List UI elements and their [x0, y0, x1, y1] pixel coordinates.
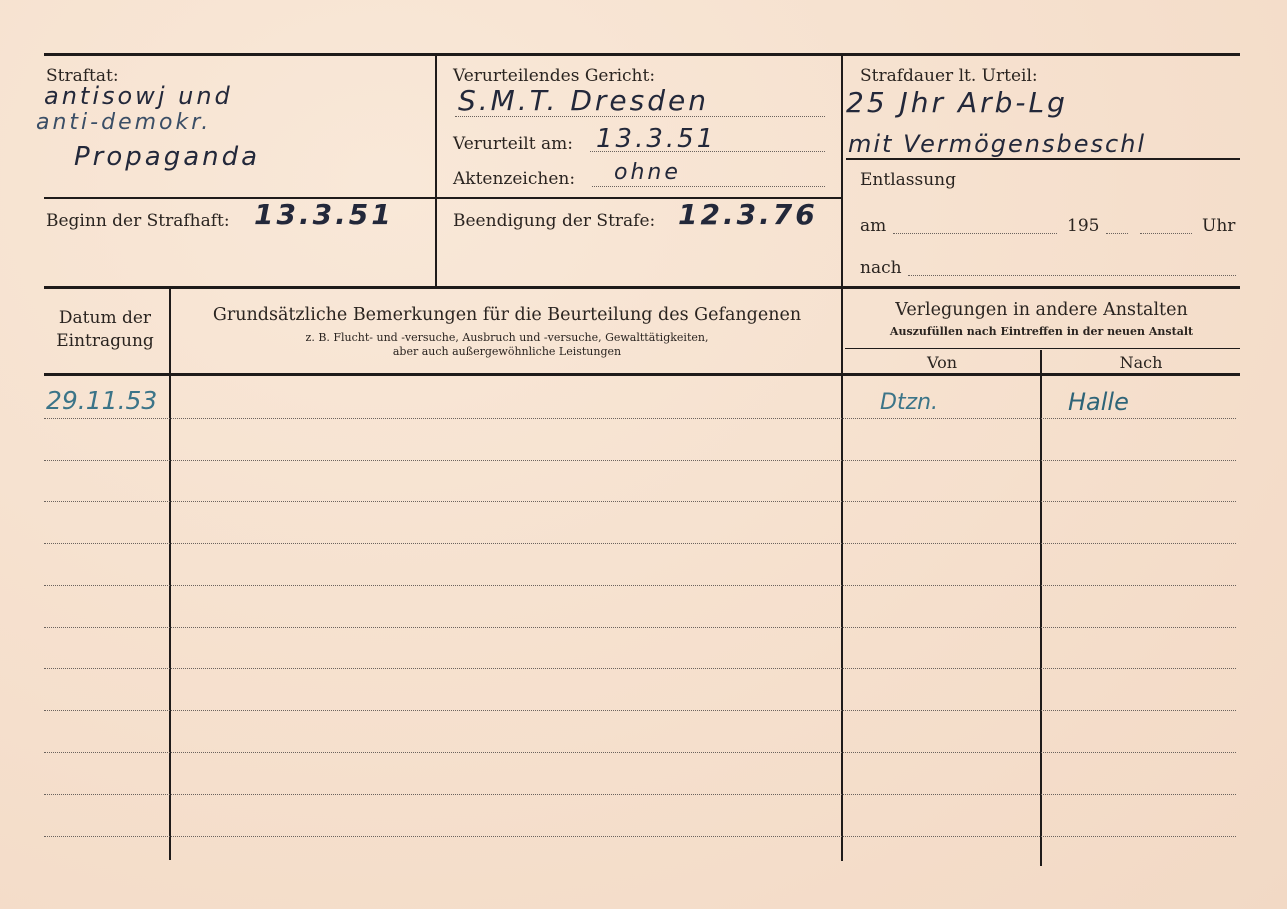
convicted-on-value[interactable]: 13.3.51 — [596, 124, 716, 154]
sentence-value-line-1[interactable]: 25 Jhr Arb-Lg — [846, 86, 1068, 119]
transfer-header-divider — [845, 348, 1240, 349]
release-year-prefix: 195 — [1067, 216, 1099, 236]
from-to-col-divider — [1040, 350, 1042, 866]
row-guide — [44, 501, 1236, 502]
from-col-header: Von — [843, 353, 1041, 372]
row-remarks-cell[interactable] — [176, 386, 836, 416]
sentence-end-label: Beendigung der Strafe: — [453, 211, 655, 231]
row-guide — [44, 668, 1236, 669]
release-time-field[interactable] — [1140, 233, 1192, 234]
custody-start-value[interactable]: 13.3.51 — [254, 198, 394, 231]
court-value[interactable]: S.M.T. Dresden — [458, 84, 709, 117]
release-time-label: Uhr — [1202, 216, 1235, 236]
top-border — [44, 53, 1240, 56]
court-value-dotted-line — [455, 116, 825, 117]
row-guide — [44, 627, 1236, 628]
offense-value-line-3[interactable]: Propaganda — [74, 142, 260, 172]
sentence-underline — [846, 158, 1240, 160]
row-guide — [44, 543, 1236, 544]
court-label: Verurteilendes Gericht: — [453, 66, 655, 86]
section-divider — [44, 286, 1240, 289]
transfer-header: Verlegungen in andere Anstalten — [843, 300, 1240, 320]
remarks-col-header: Grundsätzliche Bemerkungen für die Beurt… — [172, 305, 842, 325]
row-guide — [44, 710, 1236, 711]
date-col-header-line-1: Datum der — [46, 308, 164, 328]
transfer-subheader: Auszufüllen nach Eintreffen in der neuen… — [843, 325, 1240, 338]
release-year-field[interactable] — [1106, 233, 1128, 234]
release-date-field[interactable] — [893, 233, 1057, 234]
to-col-header: Nach — [1042, 353, 1240, 372]
release-to-field[interactable] — [908, 275, 1236, 276]
offense-value-line-2[interactable]: anti-demokr. — [36, 110, 211, 135]
file-number-label: Aktenzeichen: — [453, 169, 575, 189]
sentence-value-line-2[interactable]: mit Vermögensbeschl — [848, 130, 1146, 158]
remarks-col-subheader-line-1: z. B. Flucht- und -versuche, Ausbruch un… — [172, 331, 842, 344]
top-col-divider-1 — [435, 55, 437, 287]
release-to-label: nach — [860, 258, 902, 278]
file-number-dotted-line — [592, 186, 825, 187]
row-from-cell[interactable]: Dtzn. — [880, 390, 938, 415]
file-number-value[interactable]: ohne — [614, 160, 681, 185]
row-to-cell[interactable]: Halle — [1068, 388, 1129, 416]
row-guide — [44, 460, 1236, 461]
main-col-divider — [841, 55, 843, 861]
date-col-header-line-2: Eintragung — [46, 331, 164, 351]
row-guide — [44, 418, 1236, 419]
custody-start-label: Beginn der Strafhaft: — [46, 211, 230, 231]
date-col-divider — [169, 288, 171, 860]
sentence-label: Strafdauer lt. Urteil: — [860, 66, 1038, 86]
release-label: Entlassung — [860, 170, 956, 190]
convicted-on-label: Verurteilt am: — [453, 134, 573, 154]
row-date-cell[interactable]: 29.11.53 — [46, 386, 157, 415]
row-guide — [44, 794, 1236, 795]
convicted-on-dotted-line — [590, 151, 825, 152]
offense-value-line-1[interactable]: antisowj und — [44, 82, 233, 110]
table-header-bottom-border — [44, 373, 1240, 376]
row-guide — [44, 836, 1236, 837]
release-am-label: am — [860, 216, 886, 236]
sentence-end-value[interactable]: 12.3.76 — [678, 198, 818, 231]
row-guide — [44, 585, 1236, 586]
row-guide — [44, 752, 1236, 753]
remarks-col-subheader-line-2: aber auch außergewöhnliche Leistungen — [172, 345, 842, 358]
